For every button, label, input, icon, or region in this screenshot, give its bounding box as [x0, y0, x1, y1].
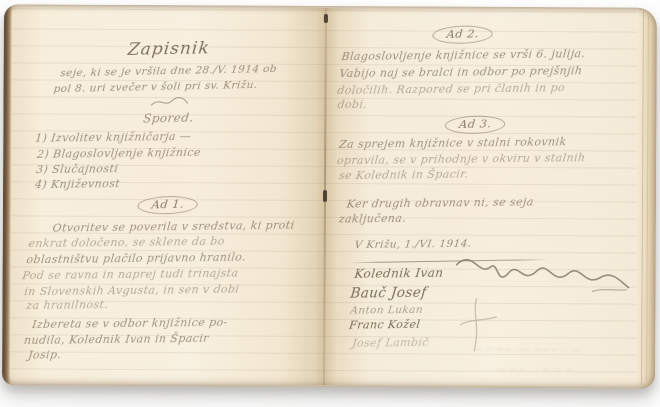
open-notebook: Zapisnik seje, ki se je vršila dne 28./V…	[2, 4, 657, 388]
notebook-photo: Zapisnik seje, ki se je vršila dne 28./V…	[0, 0, 660, 407]
book-edge-shading	[2, 4, 657, 388]
